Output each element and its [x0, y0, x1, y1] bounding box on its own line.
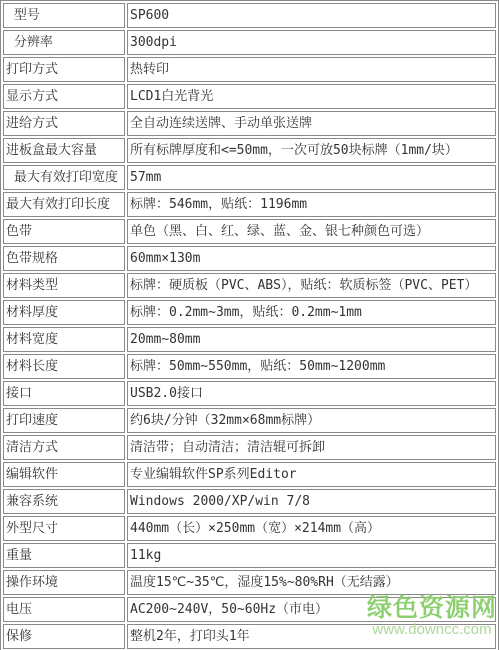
- spec-row: 材料宽度20mm~80mm: [3, 327, 496, 352]
- spec-value: 300dpi: [127, 30, 496, 55]
- spec-value: 57mm: [127, 165, 496, 190]
- spec-row: 电压AC200~240V，50~60Hz（市电）: [3, 597, 496, 622]
- spec-label: 色带: [3, 219, 125, 244]
- spec-value: 专业编辑软件SP系列Editor: [127, 462, 496, 487]
- spec-label: 材料厚度: [3, 300, 125, 325]
- spec-label: 显示方式: [3, 84, 125, 109]
- spec-label: 打印速度: [3, 408, 125, 433]
- spec-value: 温度15℃~35℃，湿度15%~80%RH（无结露）: [127, 570, 496, 595]
- spec-row: 打印方式热转印: [3, 57, 496, 82]
- spec-value: 440mm（长）×250mm（宽）×214mm（高）: [127, 516, 496, 541]
- spec-row: 型号SP600: [3, 3, 496, 28]
- spec-label: 材料宽度: [3, 327, 125, 352]
- spec-row: 外型尺寸440mm（长）×250mm（宽）×214mm（高）: [3, 516, 496, 541]
- spec-label: 接口: [3, 381, 125, 406]
- spec-label: 编辑软件: [3, 462, 125, 487]
- spec-value: 热转印: [127, 57, 496, 82]
- spec-row: 最大有效打印宽度57mm: [3, 165, 496, 190]
- spec-value: 标牌：546mm，贴纸：1196mm: [127, 192, 496, 217]
- spec-sheet: 型号SP600 分辨率300dpi打印方式热转印显示方式LCD1白光背光进给方式…: [0, 0, 499, 650]
- spec-row: 进板盒最大容量所有标牌厚度和<=50mm，一次可放50块标牌（1mm/块）: [3, 138, 496, 163]
- spec-row: 分辨率300dpi: [3, 30, 496, 55]
- spec-label: 重量: [3, 543, 125, 568]
- spec-value: 约6块/分钟（32mm×68mm标牌）: [127, 408, 496, 433]
- spec-row: 材料类型标牌：硬质板（PVC、ABS），贴纸：软质标签（PVC、PET）: [3, 273, 496, 298]
- spec-value: 标牌：0.2mm~3mm，贴纸：0.2mm~1mm: [127, 300, 496, 325]
- spec-label: 材料类型: [3, 273, 125, 298]
- spec-label: 最大有效打印宽度: [3, 165, 125, 190]
- spec-row: 最大有效打印长度标牌：546mm，贴纸：1196mm: [3, 192, 496, 217]
- spec-label: 兼容系统: [3, 489, 125, 514]
- spec-row: 进给方式全自动连续送牌、手动单张送牌: [3, 111, 496, 136]
- spec-value: 整机2年，打印头1年: [127, 624, 496, 649]
- spec-label: 材料长度: [3, 354, 125, 379]
- spec-label: 分辨率: [3, 30, 125, 55]
- spec-value: 清洁带；自动清洁；清洁辊可拆卸: [127, 435, 496, 460]
- spec-label: 最大有效打印长度: [3, 192, 125, 217]
- spec-label: 操作环境: [3, 570, 125, 595]
- spec-row: 材料长度标牌：50mm~550mm，贴纸：50mm~1200mm: [3, 354, 496, 379]
- spec-label: 外型尺寸: [3, 516, 125, 541]
- spec-value: 所有标牌厚度和<=50mm，一次可放50块标牌（1mm/块）: [127, 138, 496, 163]
- spec-label: 色带规格: [3, 246, 125, 271]
- spec-row: 色带单色（黑、白、红、绿、蓝、金、银七种颜色可选）: [3, 219, 496, 244]
- spec-value: SP600: [127, 3, 496, 28]
- spec-row: 接口USB2.0接口: [3, 381, 496, 406]
- spec-value: 标牌：硬质板（PVC、ABS），贴纸：软质标签（PVC、PET）: [127, 273, 496, 298]
- spec-value: 11kg: [127, 543, 496, 568]
- spec-row: 重量11kg: [3, 543, 496, 568]
- spec-row: 色带规格60mm×130m: [3, 246, 496, 271]
- spec-table: 型号SP600 分辨率300dpi打印方式热转印显示方式LCD1白光背光进给方式…: [0, 0, 499, 650]
- spec-row: 材料厚度标牌：0.2mm~3mm，贴纸：0.2mm~1mm: [3, 300, 496, 325]
- spec-label: 清洁方式: [3, 435, 125, 460]
- spec-value: 标牌：50mm~550mm，贴纸：50mm~1200mm: [127, 354, 496, 379]
- spec-row: 操作环境温度15℃~35℃，湿度15%~80%RH（无结露）: [3, 570, 496, 595]
- spec-value: 全自动连续送牌、手动单张送牌: [127, 111, 496, 136]
- spec-value: Windows 2000/XP/win 7/8: [127, 489, 496, 514]
- spec-value: 20mm~80mm: [127, 327, 496, 352]
- spec-label: 进给方式: [3, 111, 125, 136]
- spec-value: 60mm×130m: [127, 246, 496, 271]
- spec-label: 电压: [3, 597, 125, 622]
- spec-table-body: 型号SP600 分辨率300dpi打印方式热转印显示方式LCD1白光背光进给方式…: [3, 3, 496, 649]
- spec-value: AC200~240V，50~60Hz（市电）: [127, 597, 496, 622]
- spec-row: 打印速度约6块/分钟（32mm×68mm标牌）: [3, 408, 496, 433]
- spec-label: 打印方式: [3, 57, 125, 82]
- spec-row: 保修整机2年，打印头1年: [3, 624, 496, 649]
- spec-value: LCD1白光背光: [127, 84, 496, 109]
- spec-row: 显示方式LCD1白光背光: [3, 84, 496, 109]
- spec-label: 进板盒最大容量: [3, 138, 125, 163]
- spec-value: USB2.0接口: [127, 381, 496, 406]
- spec-label: 型号: [3, 3, 125, 28]
- spec-value: 单色（黑、白、红、绿、蓝、金、银七种颜色可选）: [127, 219, 496, 244]
- spec-label: 保修: [3, 624, 125, 649]
- spec-row: 兼容系统Windows 2000/XP/win 7/8: [3, 489, 496, 514]
- spec-row: 编辑软件专业编辑软件SP系列Editor: [3, 462, 496, 487]
- spec-row: 清洁方式清洁带；自动清洁；清洁辊可拆卸: [3, 435, 496, 460]
